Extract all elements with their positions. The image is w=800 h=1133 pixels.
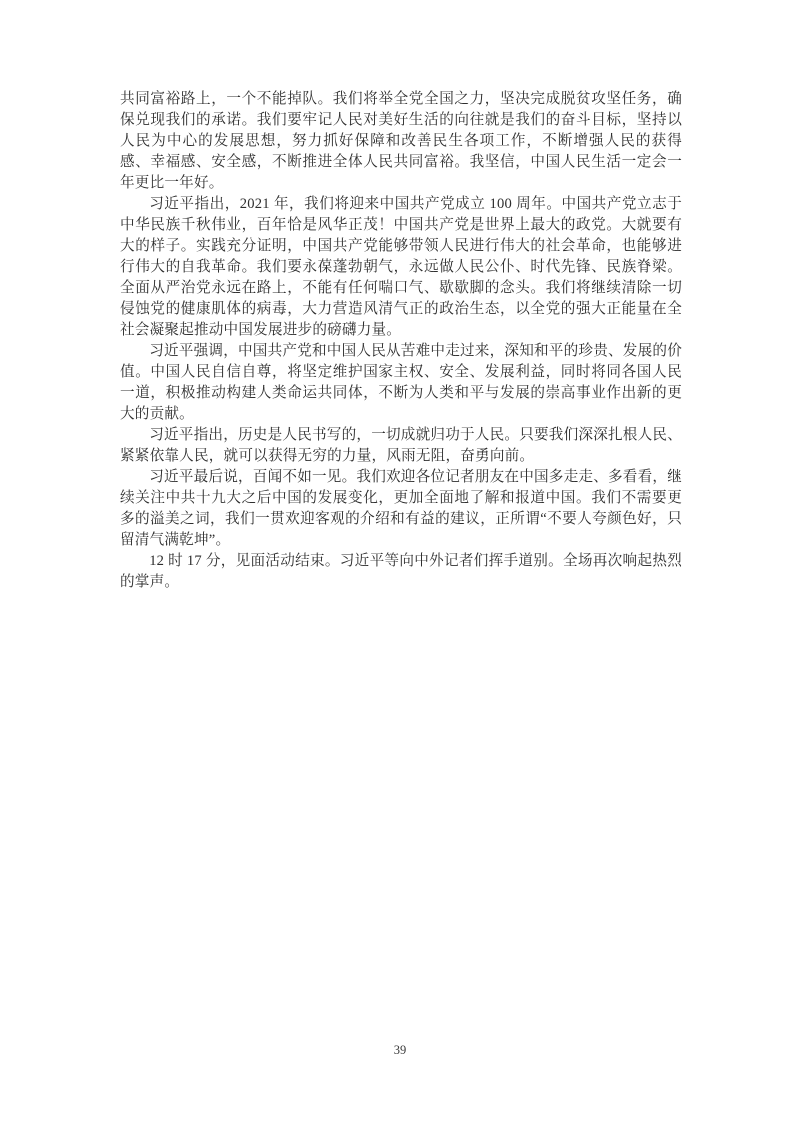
paragraph: 习近平最后说，百闻不如一见。我们欢迎各位记者朋友在中国多走走、多看看，继续关注中…	[120, 467, 682, 551]
page-number: 39	[0, 1043, 800, 1058]
document-body-text: 共同富裕路上，一个不能掉队。我们将举全党全国之力，坚决完成脱贫攻坚任务，确保兑现…	[120, 89, 682, 593]
paragraph: 12 时 17 分，见面活动结束。习近平等向中外记者们挥手道别。全场再次响起热烈…	[120, 551, 682, 593]
paragraph: 习近平强调，中国共产党和中国人民从苦难中走过来，深知和平的珍贵、发展的价值。中国…	[120, 341, 682, 425]
paragraph: 共同富裕路上，一个不能掉队。我们将举全党全国之力，坚决完成脱贫攻坚任务，确保兑现…	[120, 89, 682, 194]
document-page: 共同富裕路上，一个不能掉队。我们将举全党全国之力，坚决完成脱贫攻坚任务，确保兑现…	[0, 0, 800, 1133]
paragraph: 习近平指出，2021 年，我们将迎来中国共产党成立 100 周年。中国共产党立志…	[120, 194, 682, 341]
paragraph: 习近平指出，历史是人民书写的，一切成就归功于人民。只要我们深深扎根人民、紧紧依靠…	[120, 425, 682, 467]
